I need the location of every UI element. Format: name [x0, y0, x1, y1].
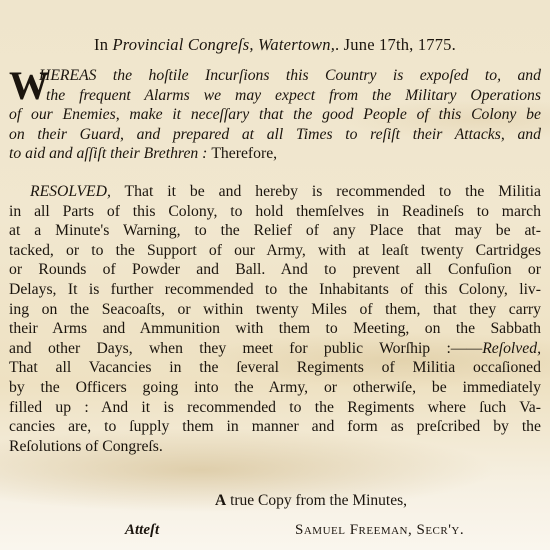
resolved-line: filled up : And it is recommended to the…: [9, 398, 541, 418]
resolved-keyword: RESOLVED,: [30, 183, 111, 200]
resolved-line: or Rounds of Powder and Ball. And to pre…: [9, 260, 541, 280]
resolved-line: cancies are, to ſupply them in manner an…: [9, 417, 541, 437]
resolved-line: Reſolutions of Congreſs.: [9, 437, 541, 457]
preamble-line: to aid and aſſiſt their Brethren : There…: [9, 144, 541, 164]
resolved-line: their Arms and Ammunition with them to M…: [9, 319, 541, 339]
resolved-line: in all Parts of this Colony, to hold the…: [9, 202, 541, 222]
resolved-line: Delays, It is further recommended to the…: [9, 280, 541, 300]
resolved-line: at a Minute's Warning, to the Relief of …: [9, 221, 541, 241]
resolved-line: That all Vacancies in the ſeveral Regime…: [9, 358, 541, 378]
heading-prefix: In: [94, 35, 112, 54]
attest-label: Atteſt: [125, 522, 159, 539]
resolved-paragraph: RESOLVED, That it be and hereby is recom…: [9, 182, 541, 456]
resolved-line: RESOLVED, That it be and hereby is recom…: [9, 182, 541, 202]
preamble-last-italic: to aid and aſſiſt their Brethren :: [9, 145, 211, 162]
document-page: In Provincial Congreſs, Watertown,. June…: [0, 0, 550, 550]
true-copy-a: A: [215, 492, 226, 509]
resolved-line: by the Officers going into the Army, or …: [9, 378, 541, 398]
preamble-line: of our Enemies, make it neceſſary that t…: [9, 105, 541, 125]
true-copy-line: A true Copy from the Minutes,: [215, 492, 407, 510]
preamble-therefore: Therefore,: [211, 145, 277, 162]
true-copy-text: true Copy from the Minutes,: [226, 492, 407, 509]
resolved-first-text: That it be and hereby is recommended to …: [111, 183, 541, 200]
resolved-line: and other Days, when they meet for publi…: [9, 339, 541, 359]
resolved-second-keyword: Reſolved,: [482, 340, 541, 357]
preamble-paragraph: HEREAS the hoſtile Incurſions this Count…: [9, 66, 541, 164]
resolved-line: tacked, or to the Support of our Army, w…: [9, 241, 541, 261]
preamble-line: HEREAS the hoſtile Incurſions this Count…: [9, 66, 541, 86]
preamble-line: on their Guard, and prepared at all Time…: [9, 125, 541, 145]
heading-date: . June 17th, 1775.: [335, 35, 456, 54]
resolved-line: ing on the Seacoaſts, or within twenty M…: [9, 300, 541, 320]
document-heading: In Provincial Congreſs, Watertown,. June…: [0, 35, 550, 55]
heading-place: Provincial Congreſs, Watertown,: [113, 35, 336, 54]
signature: Samuel Freeman, Secr'y.: [295, 522, 464, 539]
worship-text: and other Days, when they meet for publi…: [9, 340, 482, 357]
preamble-line: the frequent Alarms we may expect from t…: [9, 86, 541, 106]
